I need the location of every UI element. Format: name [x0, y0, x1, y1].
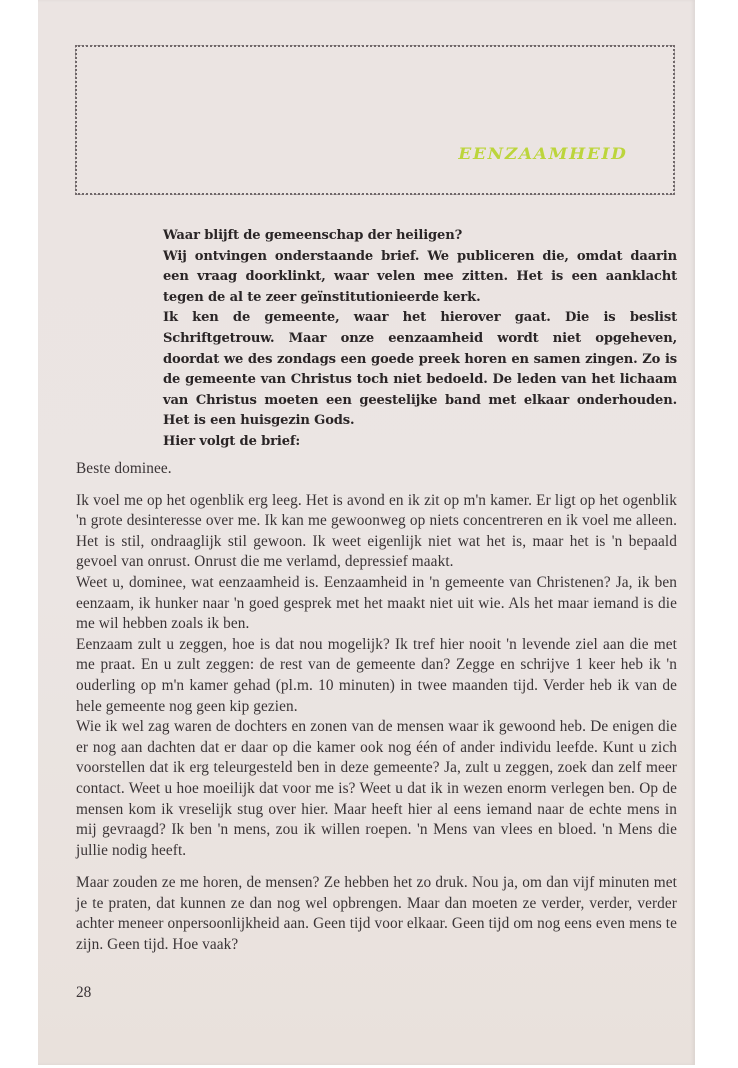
intro-question: Waar blijft de gemeenschap der heiligen?	[163, 226, 677, 247]
title-frame: EENZAAMHEID	[75, 45, 675, 195]
letter-paragraph: Wie ik wel zag waren de dochters en zone…	[76, 717, 677, 861]
letter-paragraph: Weet u, dominee, wat eenzaamheid is. Een…	[76, 573, 677, 635]
intro-paragraph: Wij ontvingen onderstaande brief. We pub…	[163, 247, 677, 309]
letter-paragraph: Ik voel me op het ogenblik erg leeg. Het…	[76, 491, 677, 573]
page-number: 28	[76, 984, 91, 1002]
letter-paragraph: Maar zouden ze me horen, de mensen? Ze h…	[76, 873, 677, 955]
intro-lead-in: Hier volgt de brief:	[163, 432, 677, 453]
editorial-intro: Waar blijft de gemeenschap der heiligen?…	[163, 226, 677, 453]
book-page: EENZAAMHEID Waar blijft de gemeenschap d…	[38, 0, 695, 1065]
letter-body: Beste dominee. Ik voel me op het ogenbli…	[76, 459, 677, 956]
article-heading: EENZAAMHEID	[459, 144, 628, 163]
intro-paragraph: Ik ken de gemeente, waar het hierover ga…	[163, 308, 677, 432]
letter-salutation: Beste dominee.	[76, 459, 677, 480]
letter-paragraph: Eenzaam zult u zeggen, hoe is dat nou mo…	[76, 635, 677, 717]
